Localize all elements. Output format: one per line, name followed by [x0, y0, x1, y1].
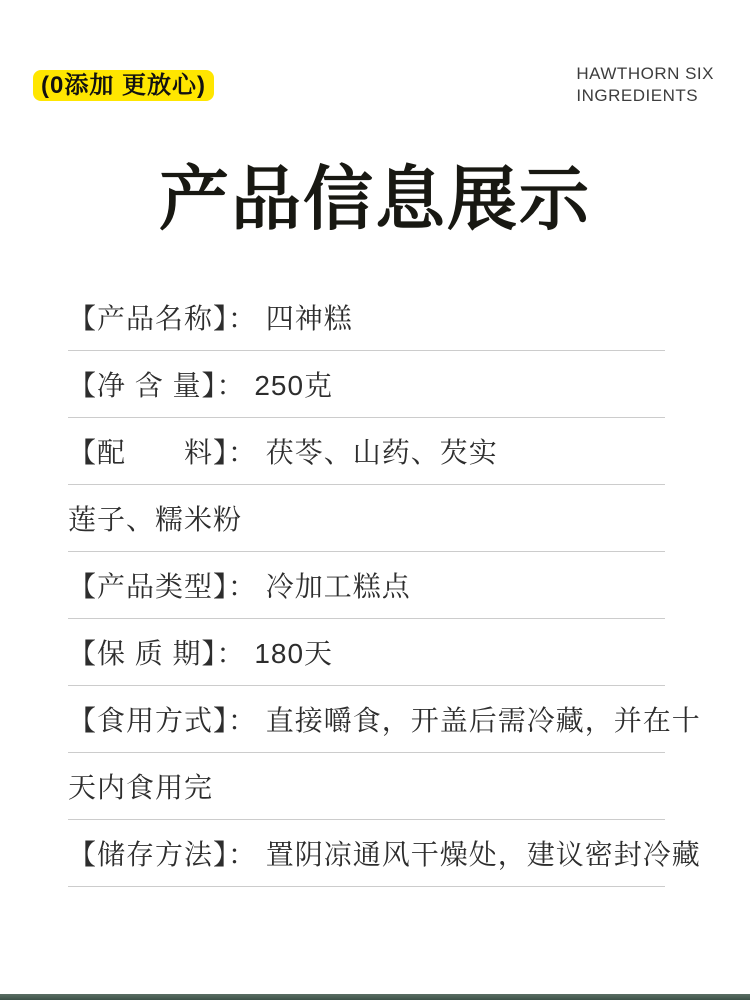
- info-row-text: 【配 料】： 茯苓、山药、芡实: [68, 431, 498, 471]
- info-row-net-weight: 【净 含 量】： 250克: [68, 351, 665, 418]
- info-row-usage-continued: 天内食用完: [68, 753, 665, 820]
- info-row-text: 天内食用完: [68, 766, 213, 806]
- info-row-text: 【储存方法】： 置阴凉通风干燥处，建议密封冷藏: [68, 833, 701, 873]
- english-tagline: HAWTHORN SIX INGREDIENTS: [576, 63, 714, 107]
- product-info-page: (0添加 更放心) HAWTHORN SIX INGREDIENTS 产品信息展…: [0, 0, 750, 1000]
- info-row-shelf-life: 【保 质 期】： 180天: [68, 619, 665, 686]
- zero-additive-badge: (0添加 更放心): [33, 70, 214, 101]
- info-row-text: 【食用方式】： 直接嚼食，开盖后需冷藏，并在十: [68, 699, 701, 739]
- tagline-line-1: HAWTHORN SIX: [576, 63, 714, 85]
- info-row-product-type: 【产品类型】： 冷加工糕点: [68, 552, 665, 619]
- info-row-ingredients: 【配 料】： 茯苓、山药、芡实: [68, 418, 665, 485]
- info-row-text: 【净 含 量】： 250克: [68, 364, 333, 404]
- info-row-text: 【保 质 期】： 180天: [68, 632, 333, 672]
- product-info-list: 【产品名称】： 四神糕 【净 含 量】： 250克 【配 料】： 茯苓、山药、芡…: [68, 284, 665, 887]
- info-row-ingredients-continued: 莲子、糯米粉: [68, 485, 665, 552]
- info-row-text: 【产品类型】： 冷加工糕点: [68, 565, 411, 605]
- info-row-usage: 【食用方式】： 直接嚼食，开盖后需冷藏，并在十: [68, 686, 665, 753]
- info-row-storage: 【储存方法】： 置阴凉通风干燥处，建议密封冷藏: [68, 820, 665, 887]
- info-row-text: 莲子、糯米粉: [68, 498, 242, 538]
- tagline-line-2: INGREDIENTS: [576, 85, 714, 107]
- info-row-product-name: 【产品名称】： 四神糕: [68, 284, 665, 351]
- info-row-text: 【产品名称】： 四神糕: [68, 297, 353, 337]
- page-title: 产品信息展示: [0, 143, 750, 244]
- footer-green-bar: [0, 994, 750, 1000]
